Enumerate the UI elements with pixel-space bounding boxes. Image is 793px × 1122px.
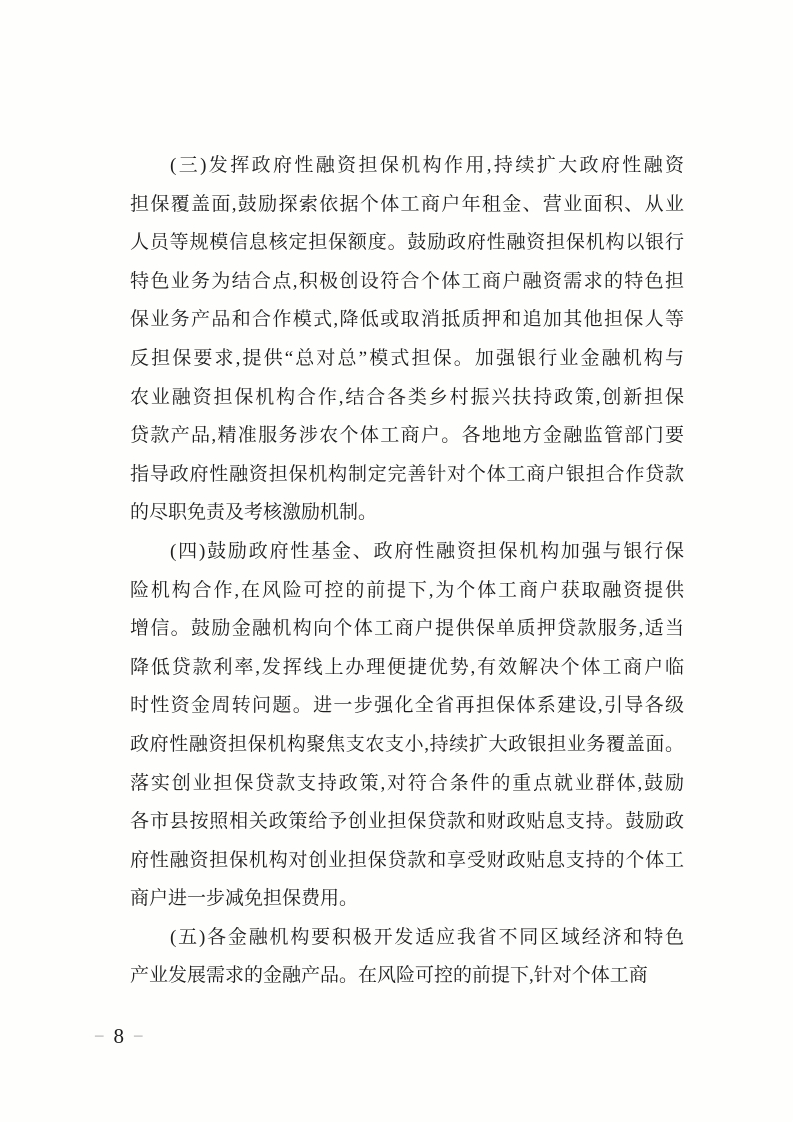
paragraph-clause-4: (四)鼓励政府性基金、政府性融资担保机构加强与银行保险机构合作,在风险可控的前提… — [130, 533, 684, 919]
text-line: 商户进一步减免担保费用。 — [130, 880, 684, 919]
text-line: 产业发展需求的金融产品。在风险可控的前提下,针对个体工商 — [130, 957, 684, 996]
paragraph-clause-3: (三)发挥政府性融资担保机构作用,持续扩大政府性融资担保覆盖面,鼓励探索依据个体… — [130, 147, 684, 533]
text-line: 指导政府性融资担保机构制定完善针对个体工商户银担合作贷款 — [130, 456, 684, 495]
text-line: (四)鼓励政府性基金、政府性融资担保机构加强与银行保 — [130, 533, 684, 572]
document-body: (三)发挥政府性融资担保机构作用,持续扩大政府性融资担保覆盖面,鼓励探索依据个体… — [130, 147, 684, 996]
text-line: 农业融资担保机构合作,结合各类乡村振兴扶持政策,创新担保 — [130, 379, 684, 418]
text-line: 的尽职免责及考核激励机制。 — [130, 494, 684, 533]
page-number-dash-left: – — [95, 1026, 104, 1043]
text-line: 险机构合作,在风险可控的前提下,为个体工商户获取融资提供 — [130, 572, 684, 611]
text-line: 贷款产品,精准服务涉农个体工商户。各地地方金融监管部门要 — [130, 417, 684, 456]
text-line: 各市县按照相关政策给予创业担保贷款和财政贴息支持。鼓励政 — [130, 803, 684, 842]
text-line: 政府性融资担保机构聚焦支农支小,持续扩大政银担业务覆盖面。 — [130, 726, 684, 765]
text-line: 府性融资担保机构对创业担保贷款和享受财政贴息支持的个体工 — [130, 842, 684, 881]
page-number: – 8 – — [95, 1022, 143, 1050]
text-line: 增信。鼓励金融机构向个体工商户提供保单质押贷款服务,适当 — [130, 610, 684, 649]
text-line: 时性资金周转问题。进一步强化全省再担保体系建设,引导各级 — [130, 687, 684, 726]
text-line: 保业务产品和合作模式,降低或取消抵质押和追加其他担保人等 — [130, 301, 684, 340]
text-line: 担保覆盖面,鼓励探索依据个体工商户年租金、营业面积、从业 — [130, 186, 684, 225]
document-page: (三)发挥政府性融资担保机构作用,持续扩大政府性融资担保覆盖面,鼓励探索依据个体… — [0, 0, 793, 1122]
text-line: 反担保要求,提供“总对总”模式担保。加强银行业金融机构与 — [130, 340, 684, 379]
text-line: 落实创业担保贷款支持政策,对符合条件的重点就业群体,鼓励 — [130, 765, 684, 804]
text-line: 人员等规模信息核定担保额度。鼓励政府性融资担保机构以银行 — [130, 224, 684, 263]
text-line: (三)发挥政府性融资担保机构作用,持续扩大政府性融资 — [130, 147, 684, 186]
paragraph-clause-5: (五)各金融机构要积极开发适应我省不同区域经济和特色产业发展需求的金融产品。在风… — [130, 919, 684, 996]
text-line: 特色业务为结合点,积极创设符合个体工商户融资需求的特色担 — [130, 263, 684, 302]
text-line: (五)各金融机构要积极开发适应我省不同区域经济和特色 — [130, 919, 684, 958]
text-line: 降低贷款利率,发挥线上办理便捷优势,有效解决个体工商户临 — [130, 649, 684, 688]
page-number-value: 8 — [114, 1026, 125, 1047]
page-number-dash-right: – — [134, 1026, 143, 1043]
